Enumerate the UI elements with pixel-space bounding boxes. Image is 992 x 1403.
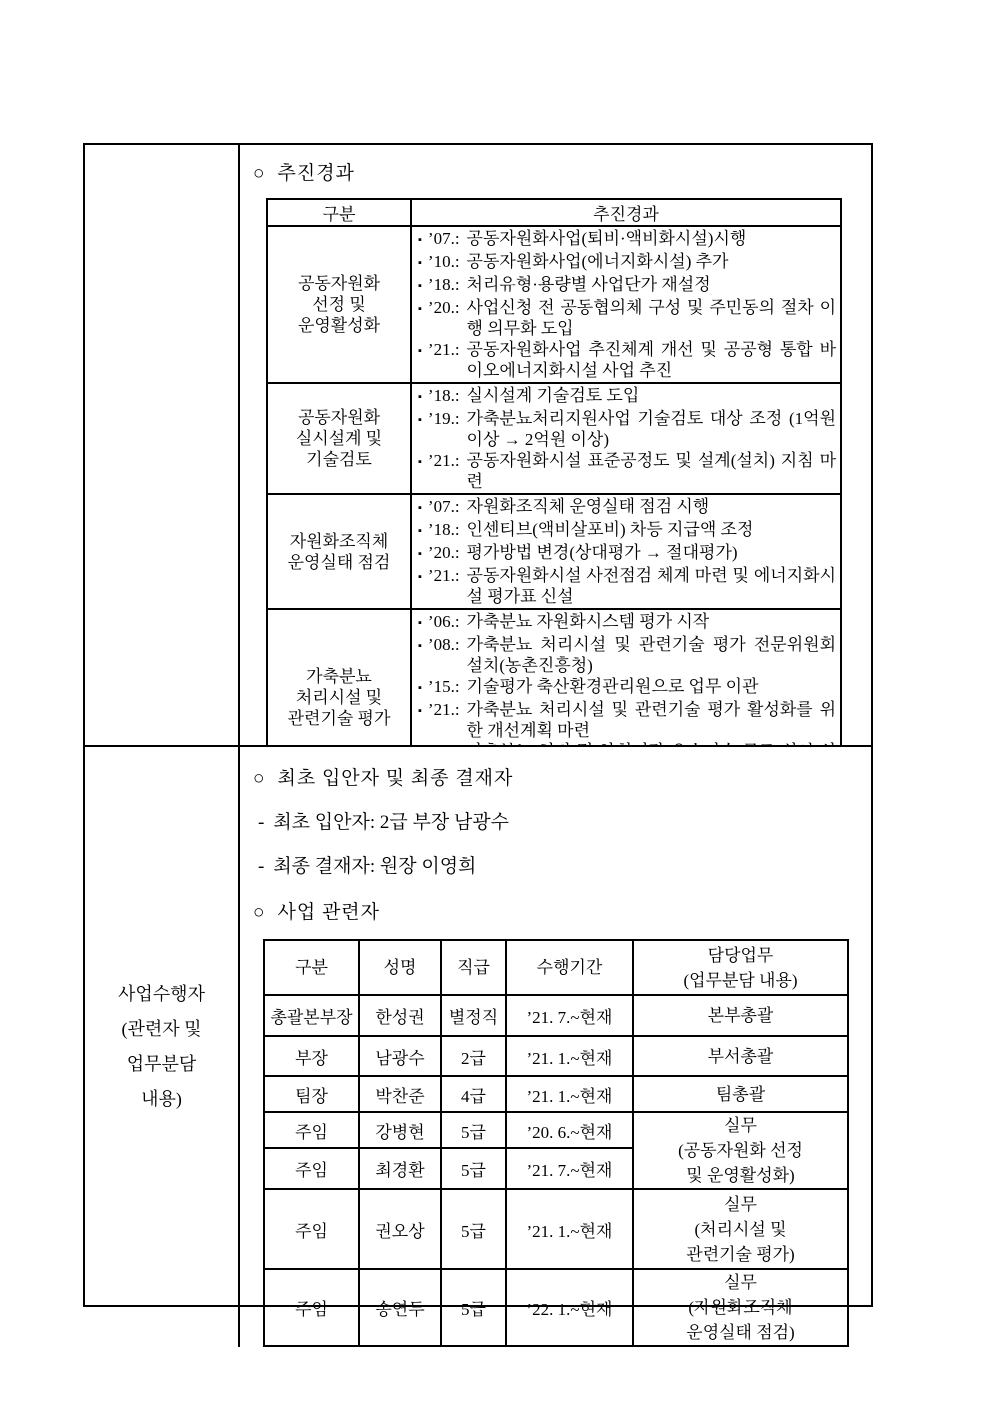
history-marker: ▪’21.: (418, 450, 460, 473)
history-item: ▪’15.:기술평가 축산환경관리원으로 업무 이관 (418, 676, 836, 699)
table-row: 가축분뇨 처리시설 및 관련기술 평가 ▪’06.:가축분뇨 자원화시스템 평가… (267, 609, 841, 745)
history-marker: ▪’20.: (418, 297, 460, 320)
progress-table: 구분 추진경과 공동자원화 선정 및 운영활성화 ▪’07.:공동자원화사업(퇴… (266, 198, 842, 745)
empty-label-cell (85, 145, 240, 745)
history-marker: ▪’18.: (418, 385, 460, 408)
history-text: 기술평가 축산환경관리원으로 업무 이관 (467, 676, 836, 697)
bullet-icon: ▪ (418, 548, 422, 560)
column-header-duty: 담당업무 (업무분담 내용) (633, 940, 848, 995)
dash-marker: - (258, 812, 264, 833)
category-cell: 공동자원화 실시설계 및 기술검토 (267, 383, 411, 494)
approvers-heading-text: 최초 입안자 및 최종 결재자 (277, 768, 513, 789)
name-cell: 강병현 (359, 1112, 441, 1148)
history-year: ’06.: (428, 612, 460, 631)
category-cell: 자원화조직체 운영실태 점검 (267, 494, 411, 609)
bullet-icon: ▪ (418, 640, 422, 652)
bullet-icon: ▪ (418, 525, 422, 537)
document-page: ○추진경과 구분 추진경과 공동자원화 선정 및 운영활성화 ▪’07.:공동자… (0, 0, 992, 1403)
history-text: 인센티브(액비살포비) 차등 지급액 조정 (467, 519, 836, 540)
history-text: 가축분뇨 처리시설 및 관련기술 평가 전문위원회 설치(농촌진흥청) (467, 634, 836, 676)
related-heading-text: 사업 관련자 (277, 902, 380, 923)
history-year: ’19.: (428, 409, 460, 428)
history-marker: ▪’15.: (418, 676, 460, 699)
history-item: ▪’10.:공동자원화사업(에너지화시설) 추가 (418, 251, 836, 274)
table-row: 부장 남광수 2급 ’21. 1.~현재 부서총괄 (264, 1036, 848, 1076)
period-cell: ’21. 1.~현재 (506, 1189, 633, 1269)
history-year: ’18.: (428, 275, 460, 294)
period-cell: ’21. 7.~현재 (506, 1148, 633, 1189)
related-heading: ○사업 관련자 (253, 897, 871, 924)
history-year: ’21.: (428, 700, 460, 719)
bullet-icon: ▪ (418, 345, 422, 357)
history-marker: ▪’06.: (418, 611, 460, 634)
bullet-icon: ▪ (418, 391, 422, 403)
history-marker: ▪’07.: (418, 496, 460, 519)
role-cell: 팀장 (264, 1076, 359, 1112)
history-text: 가축분뇨처리지원사업 기술검토 대상 조정 (1억원이상 → 2억원 이상) (467, 408, 836, 450)
history-text: 공동자원화사업(에너지화시설) 추가 (467, 251, 836, 272)
history-marker: ▪’21.: (418, 565, 460, 588)
table-row: 총괄본부장 한성권 별정직 ’21. 7.~현재 본부총괄 (264, 995, 848, 1036)
performer-label-cell: 사업수행자 (관련자 및 업무분담 내용) (85, 747, 240, 1347)
grade-cell: 5급 (441, 1269, 506, 1346)
history-text: 가축분뇨 처리시설 및 관련기술 평가 활성화를 위한 개선계획 마련 (467, 699, 836, 741)
history-text: 가축분뇨 처리 및 악취저감 우수기술 공모 실시(신청 30개소, 최종 선정… (467, 741, 836, 745)
history-year: ’20.: (428, 298, 460, 317)
bullet-icon: ▪ (418, 257, 422, 269)
category-cell: 공동자원화 선정 및 운영활성화 (267, 226, 411, 383)
history-text: 공동자원화시설 사전점검 체계 마련 및 에너지화시설 평가표 신설 (467, 565, 836, 607)
history-cell: ▪’18.:실시설계 기술검토 도입 ▪’19.:가축분뇨처리지원사업 기술검토… (411, 383, 841, 494)
history-item: ▪’07.:자원화조직체 운영실태 점검 시행 (418, 496, 836, 519)
related-table: 구분 성명 직급 수행기간 담당업무 (업무분담 내용) 총괄본부장 한성권 별… (263, 939, 849, 1347)
history-item: ▪’21.:가축분뇨 처리 및 악취저감 우수기술 공모 실시(신청 30개소,… (418, 741, 836, 745)
approver-text: 최종 결재자: 원장 이영희 (273, 856, 476, 877)
history-item: ▪’06.:가축분뇨 자원화시스템 평가 시작 (418, 611, 836, 634)
role-cell: 부장 (264, 1036, 359, 1076)
grade-cell: 5급 (441, 1189, 506, 1269)
progress-header-row: 구분 추진경과 (267, 199, 841, 226)
history-item: ▪’21.:공동자원화시설 표준공정도 및 설계(설치) 지침 마련 (418, 450, 836, 492)
period-cell: ’20. 6.~현재 (506, 1112, 633, 1148)
column-header-grade: 직급 (441, 940, 506, 995)
history-year: ’20.: (428, 543, 460, 562)
approver-item: -최초 입안자: 2급 부장 남광수 (258, 807, 871, 834)
column-header-period: 수행기간 (506, 940, 633, 995)
name-cell: 박찬준 (359, 1076, 441, 1112)
bullet-icon: ▪ (418, 303, 422, 315)
role-cell: 주임 (264, 1148, 359, 1189)
history-text: 자원화조직체 운영실태 점검 시행 (467, 496, 836, 517)
performer-cell: ○최초 입안자 및 최종 결재자 -최초 입안자: 2급 부장 남광수 -최종 … (240, 747, 871, 1347)
grade-cell: 5급 (441, 1112, 506, 1148)
performer-row: 사업수행자 (관련자 및 업무분담 내용) ○최초 입안자 및 최종 결재자 -… (85, 747, 871, 1347)
history-year: ’21.: (428, 451, 460, 470)
bullet-icon: ▪ (418, 571, 422, 583)
history-marker: ▪’07.: (418, 228, 460, 251)
bullet-icon: ▪ (418, 502, 422, 514)
duty-cell: 실무 (처리시설 및 관련기술 평가) (633, 1189, 848, 1269)
history-text: 사업신청 전 공동협의체 구성 및 주민동의 절차 이행 의무화 도입 (467, 297, 836, 339)
name-cell: 한성권 (359, 995, 441, 1036)
history-item: ▪’18.:실시설계 기술검토 도입 (418, 385, 836, 408)
history-year: ’21.: (428, 742, 460, 745)
history-marker: ▪’10.: (418, 251, 460, 274)
table-row: 공동자원화 실시설계 및 기술검토 ▪’18.:실시설계 기술검토 도입 ▪’1… (267, 383, 841, 494)
period-cell: ’21. 7.~현재 (506, 995, 633, 1036)
progress-heading: ○추진경과 (253, 158, 871, 185)
column-header-name: 성명 (359, 940, 441, 995)
bullet-icon: ▪ (418, 682, 422, 694)
bullet-icon: ▪ (418, 234, 422, 246)
history-cell: ▪’07.:공동자원화사업(퇴비·액비화시설)시행 ▪’10.:공동자원화사업(… (411, 226, 841, 383)
history-year: ’18.: (428, 520, 460, 539)
history-marker: ▪’21.: (418, 339, 460, 362)
history-marker: ▪’19.: (418, 408, 460, 431)
history-year: ’07.: (428, 229, 460, 248)
document-table: ○추진경과 구분 추진경과 공동자원화 선정 및 운영활성화 ▪’07.:공동자… (83, 143, 873, 1307)
role-cell: 총괄본부장 (264, 995, 359, 1036)
bullet-icon: ▪ (418, 414, 422, 426)
column-header-history: 추진경과 (411, 199, 841, 226)
history-item: ▪’07.:공동자원화사업(퇴비·액비화시설)시행 (418, 228, 836, 251)
name-cell: 송연두 (359, 1269, 441, 1346)
progress-cell: ○추진경과 구분 추진경과 공동자원화 선정 및 운영활성화 ▪’07.:공동자… (240, 145, 871, 745)
history-item: ▪’21.:공동자원화사업 추진체계 개선 및 공공형 통합 바이오에너지화시설… (418, 339, 836, 381)
history-year: ’18.: (428, 386, 460, 405)
history-text: 공동자원화사업(퇴비·액비화시설)시행 (467, 228, 836, 249)
history-item: ▪’18.:인센티브(액비살포비) 차등 지급액 조정 (418, 519, 836, 542)
duty-cell: 부서총괄 (633, 1036, 848, 1076)
table-row: 공동자원화 선정 및 운영활성화 ▪’07.:공동자원화사업(퇴비·액비화시설)… (267, 226, 841, 383)
history-item: ▪’20.:사업신청 전 공동협의체 구성 및 주민동의 절차 이행 의무화 도… (418, 297, 836, 339)
bullet-icon: ▪ (418, 280, 422, 292)
history-marker: ▪’08.: (418, 634, 460, 657)
history-text: 가축분뇨 자원화시스템 평가 시작 (467, 611, 836, 632)
period-cell: ’21. 1.~현재 (506, 1076, 633, 1112)
period-cell: ’22. 1.~현재 (506, 1269, 633, 1346)
column-header-role: 구분 (264, 940, 359, 995)
grade-cell: 별정직 (441, 995, 506, 1036)
circle-marker-icon: ○ (253, 163, 265, 184)
history-item: ▪’18.:처리유형·용량별 사업단가 재설정 (418, 274, 836, 297)
history-item: ▪’08.:가축분뇨 처리시설 및 관련기술 평가 전문위원회 설치(농촌진흥청… (418, 634, 836, 676)
dash-marker: - (258, 856, 264, 877)
role-cell: 주임 (264, 1189, 359, 1269)
history-text: 공동자원화사업 추진체계 개선 및 공공형 통합 바이오에너지화시설 사업 추진 (467, 339, 836, 381)
period-cell: ’21. 1.~현재 (506, 1036, 633, 1076)
table-row: 팀장 박찬준 4급 ’21. 1.~현재 팀총괄 (264, 1076, 848, 1112)
grade-cell: 2급 (441, 1036, 506, 1076)
column-header-category: 구분 (267, 199, 411, 226)
history-year: ’08.: (428, 635, 460, 654)
duty-cell: 본부총괄 (633, 995, 848, 1036)
name-cell: 남광수 (359, 1036, 441, 1076)
role-cell: 주임 (264, 1269, 359, 1346)
history-year: ’07.: (428, 497, 460, 516)
history-marker: ▪’18.: (418, 519, 460, 542)
role-cell: 주임 (264, 1112, 359, 1148)
history-text: 실시설계 기술검토 도입 (467, 385, 836, 406)
name-cell: 최경환 (359, 1148, 441, 1189)
bullet-icon: ▪ (418, 705, 422, 717)
history-text: 평가방법 변경(상대평가 → 절대평가) (467, 542, 836, 563)
grade-cell: 4급 (441, 1076, 506, 1112)
history-item: ▪’19.:가축분뇨처리지원사업 기술검토 대상 조정 (1억원이상 → 2억원… (418, 408, 836, 450)
history-item: ▪’20.:평가방법 변경(상대평가 → 절대평가) (418, 542, 836, 565)
duty-cell: 실무 (자원화조직체 운영실태 점검) (633, 1269, 848, 1346)
table-row: 주임 강병현 5급 ’20. 6.~현재 실무 (공동자원화 선정 및 운영활성… (264, 1112, 848, 1148)
history-text: 처리유형·용량별 사업단가 재설정 (467, 274, 836, 295)
history-text: 공동자원화시설 표준공정도 및 설계(설치) 지침 마련 (467, 450, 836, 492)
history-year: ’15.: (428, 677, 460, 696)
performer-label: 사업수행자 (관련자 및 업무분담 내용) (118, 977, 205, 1117)
circle-marker-icon: ○ (253, 768, 265, 789)
table-row: 주임 권오상 5급 ’21. 1.~현재 실무 (처리시설 및 관련기술 평가) (264, 1189, 848, 1269)
category-cell: 가축분뇨 처리시설 및 관련기술 평가 (267, 609, 411, 745)
history-item: ▪’21.:가축분뇨 처리시설 및 관련기술 평가 활성화를 위한 개선계획 마… (418, 699, 836, 741)
history-marker: ▪’20.: (418, 542, 460, 565)
approvers-heading: ○최초 입안자 및 최종 결재자 (253, 763, 871, 790)
history-item: ▪’21.:공동자원화시설 사전점검 체계 마련 및 에너지화시설 평가표 신설 (418, 565, 836, 607)
history-year: ’21.: (428, 340, 460, 359)
history-cell: ▪’06.:가축분뇨 자원화시스템 평가 시작 ▪’08.:가축분뇨 처리시설 … (411, 609, 841, 745)
progress-heading-text: 추진경과 (277, 163, 354, 184)
history-marker: ▪’18.: (418, 274, 460, 297)
grade-cell: 5급 (441, 1148, 506, 1189)
circle-marker-icon: ○ (253, 902, 265, 923)
name-cell: 권오상 (359, 1189, 441, 1269)
table-row: 주임 송연두 5급 ’22. 1.~현재 실무 (자원화조직체 운영실태 점검) (264, 1269, 848, 1346)
approver-text: 최초 입안자: 2급 부장 남광수 (273, 812, 509, 833)
history-cell: ▪’07.:자원화조직체 운영실태 점검 시행 ▪’18.:인센티브(액비살포비… (411, 494, 841, 609)
history-year: ’21.: (428, 566, 460, 585)
duty-cell: 팀총괄 (633, 1076, 848, 1112)
progress-row: ○추진경과 구분 추진경과 공동자원화 선정 및 운영활성화 ▪’07.:공동자… (85, 145, 871, 747)
bullet-icon: ▪ (418, 456, 422, 468)
history-marker: ▪’21.: (418, 699, 460, 722)
history-marker: ▪’21.: (418, 741, 460, 745)
table-row: 자원화조직체 운영실태 점검 ▪’07.:자원화조직체 운영실태 점검 시행 ▪… (267, 494, 841, 609)
approver-item: -최종 결재자: 원장 이영희 (258, 851, 871, 878)
duty-cell: 실무 (공동자원화 선정 및 운영활성화) (633, 1112, 848, 1189)
related-header-row: 구분 성명 직급 수행기간 담당업무 (업무분담 내용) (264, 940, 848, 995)
history-year: ’10.: (428, 252, 460, 271)
bullet-icon: ▪ (418, 617, 422, 629)
